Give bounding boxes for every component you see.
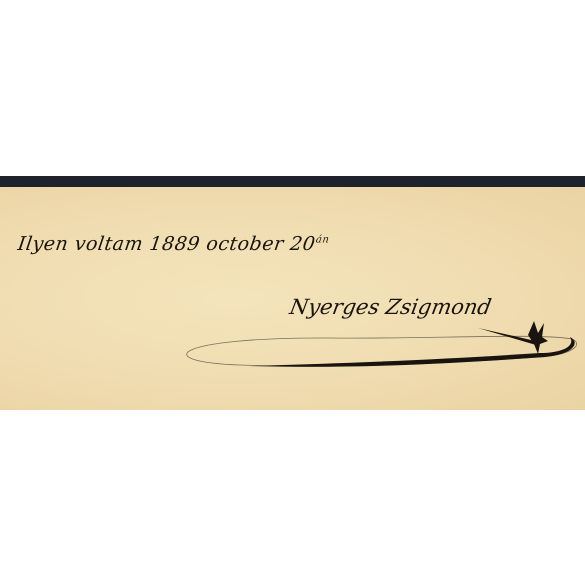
paper-card: Ilyen voltam 1889 october 20án Nyerges Z… bbox=[0, 187, 585, 410]
signature-flourish-icon bbox=[0, 187, 585, 410]
antique-card-photo: Ilyen voltam 1889 october 20án Nyerges Z… bbox=[0, 176, 585, 410]
